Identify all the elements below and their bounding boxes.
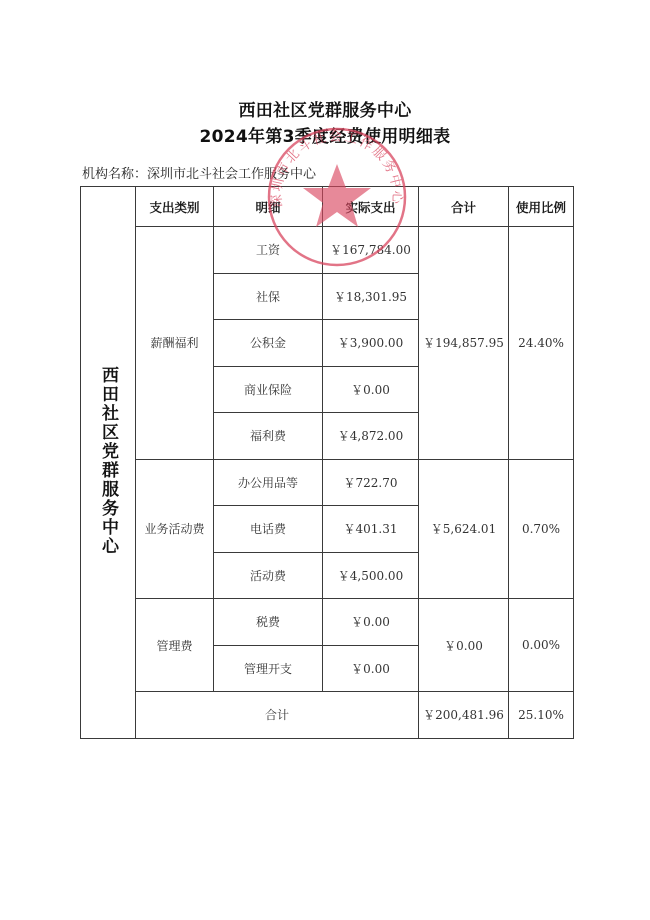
side-org-label-cell: 西田社区党群服务中心 [81,187,136,739]
subtotal-cell: ￥194,857.95 [419,227,509,460]
ratio-cell: 24.40% [509,227,574,460]
expense-table: 西田社区党群服务中心 支出类别 明细 实际支出 合计 使用比例 薪酬福利 工资 … [80,186,574,739]
detail-cell: 社保 [214,273,323,320]
header-ratio: 使用比例 [509,187,574,227]
document-subtitle: 2024年第3季度经费使用明细表 [0,122,650,147]
detail-cell: 办公用品等 [214,459,323,506]
actual-cell: ￥4,872.00 [323,413,419,460]
detail-cell: 活动费 [214,552,323,599]
detail-cell: 电话费 [214,506,323,553]
detail-cell: 公积金 [214,320,323,367]
ratio-cell: 0.70% [509,459,574,599]
actual-cell: ￥3,900.00 [323,320,419,367]
actual-cell: ￥401.31 [323,506,419,553]
organization-line: 机构名称：深圳市北斗社会工作服务中心 [82,163,316,182]
side-org-label: 西田社区党群服务中心 [95,366,121,556]
total-ratio: 25.10% [509,692,574,739]
detail-cell: 福利费 [214,413,323,460]
ratio-cell: 0.00% [509,599,574,692]
header-subtotal: 合计 [419,187,509,227]
category-cell: 业务活动费 [136,459,214,599]
category-cell: 薪酬福利 [136,227,214,460]
detail-cell: 税费 [214,599,323,646]
actual-cell: ￥18,301.95 [323,273,419,320]
actual-cell: ￥0.00 [323,366,419,413]
actual-cell: ￥722.70 [323,459,419,506]
subtotal-cell: ￥5,624.01 [419,459,509,599]
header-category: 支出类别 [136,187,214,227]
table-row: 薪酬福利 工资 ￥167,784.00 ￥194,857.95 24.40% [81,227,574,274]
subtotal-cell: ￥0.00 [419,599,509,692]
actual-cell: ￥167,784.00 [323,227,419,274]
category-cell: 管理费 [136,599,214,692]
total-row: 合计 ￥200,481.96 25.10% [81,692,574,739]
table-header-row: 西田社区党群服务中心 支出类别 明细 实际支出 合计 使用比例 [81,187,574,227]
document-title: 西田社区党群服务中心 [0,96,650,121]
detail-cell: 管理开支 [214,645,323,692]
detail-cell: 商业保险 [214,366,323,413]
org-label: 机构名称： [82,167,147,182]
actual-cell: ￥4,500.00 [323,552,419,599]
org-name: 深圳市北斗社会工作服务中心 [147,167,316,182]
actual-cell: ￥0.00 [323,645,419,692]
table-row: 业务活动费 办公用品等 ￥722.70 ￥5,624.01 0.70% [81,459,574,506]
header-detail: 明细 [214,187,323,227]
actual-cell: ￥0.00 [323,599,419,646]
table-row: 管理费 税费 ￥0.00 ￥0.00 0.00% [81,599,574,646]
total-amount: ￥200,481.96 [419,692,509,739]
detail-cell: 工资 [214,227,323,274]
total-label: 合计 [136,692,419,739]
header-actual: 实际支出 [323,187,419,227]
